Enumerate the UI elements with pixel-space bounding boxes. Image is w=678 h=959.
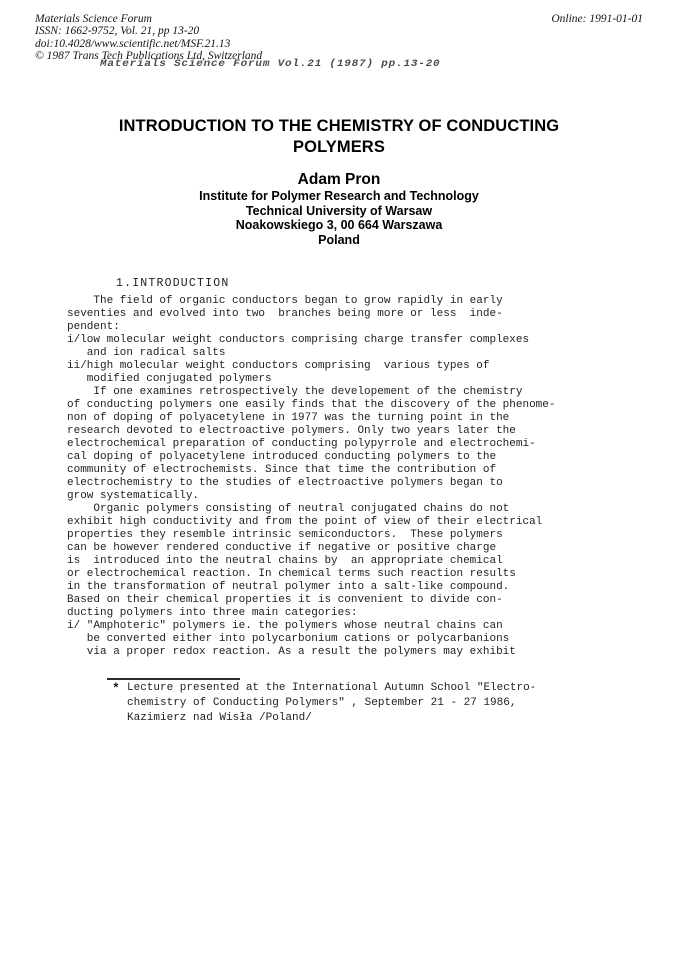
body-text-line: cal doping of polyacetylene introduced c… bbox=[67, 451, 555, 464]
journal-title: Materials Science Forum bbox=[35, 13, 262, 25]
footnote-divider bbox=[107, 678, 240, 680]
body-text-line: be converted either into polycarbonium c… bbox=[67, 633, 555, 646]
journal-metadata-block: Materials Science Forum ISSN: 1662-9752,… bbox=[35, 13, 262, 63]
body-text-line: community of electrochemists. Since that… bbox=[67, 464, 555, 477]
body-text-line: in the transformation of neutral polymer… bbox=[67, 581, 555, 594]
footnote-text-line: Kazimierz nad Wisła /Poland/ bbox=[127, 711, 536, 726]
body-text-line: electrochemistry to the studies of elect… bbox=[67, 477, 555, 490]
footnote-text-line: chemistry of Conducting Polymers" , Sept… bbox=[127, 696, 536, 711]
body-text-line: of conducting polymers one easily finds … bbox=[67, 399, 555, 412]
body-text-line: The field of organic conductors began to… bbox=[67, 295, 555, 308]
body-text-line: seventies and evolved into two branches … bbox=[67, 308, 555, 321]
body-text-line: exhibit high conductivity and from the p… bbox=[67, 516, 555, 529]
body-text-line: Organic polymers consisting of neutral c… bbox=[67, 503, 555, 516]
body-text-line: and ion radical salts bbox=[67, 347, 555, 360]
body-text-line: research devoted to electroactive polyme… bbox=[67, 425, 555, 438]
document-page: Materials Science Forum ISSN: 1662-9752,… bbox=[0, 0, 678, 959]
affiliation-line: Noakowskiego 3, 00 664 Warszawa bbox=[3, 218, 675, 233]
footnote-text-line: Lecture presented at the International A… bbox=[127, 681, 536, 696]
body-text-line: non of doping of polyacetylene in 1977 w… bbox=[67, 412, 555, 425]
body-text-line: is introduced into the neutral chains by… bbox=[67, 555, 555, 568]
body-text-line: ii/high molecular weight conductors comp… bbox=[67, 360, 555, 373]
footnote-asterisk: * bbox=[112, 681, 120, 696]
online-date: Online: 1991-01-01 bbox=[551, 13, 643, 25]
body-text-line: i/ "Amphoteric" polymers ie. the polymer… bbox=[67, 620, 555, 633]
body-text-line: or electrochemical reaction. In chemical… bbox=[67, 568, 555, 581]
journal-doi-line: doi:10.4028/www.scientific.net/MSF.21.13 bbox=[35, 38, 262, 50]
affiliation-line: Technical University of Warsaw bbox=[3, 204, 675, 219]
body-text-line: Based on their chemical properties it is… bbox=[67, 594, 555, 607]
body-text-line: via a proper redox reaction. As a result… bbox=[67, 646, 555, 659]
author-name: Adam Pron bbox=[3, 171, 675, 189]
journal-issn-line: ISSN: 1662-9752, Vol. 21, pp 13-20 bbox=[35, 25, 262, 37]
affiliation-line: Institute for Polymer Research and Techn… bbox=[3, 189, 675, 204]
body-text-line: grow systematically. bbox=[67, 490, 555, 503]
body-text: The field of organic conductors began to… bbox=[67, 295, 555, 659]
scanned-running-head: Materials Science Forum Vol.21 (1987) pp… bbox=[100, 58, 440, 69]
footnote-text: Lecture presented at the International A… bbox=[127, 681, 536, 727]
body-text-line: If one examines retrospectively the deve… bbox=[67, 386, 555, 399]
body-text-line: i/low molecular weight conductors compri… bbox=[67, 334, 555, 347]
paper-title: INTRODUCTION TO THE CHEMISTRY OF CONDUCT… bbox=[3, 116, 675, 157]
body-text-line: ducting polymers into three main categor… bbox=[67, 607, 555, 620]
body-text-line: electrochemical preparation of conductin… bbox=[67, 438, 555, 451]
affiliation-block: Institute for Polymer Research and Techn… bbox=[3, 189, 675, 247]
section-heading: 1.INTRODUCTION bbox=[116, 277, 229, 290]
body-text-line: modified conjugated polymers bbox=[67, 373, 555, 386]
body-text-line: pendent: bbox=[67, 321, 555, 334]
body-text-line: can be however rendered conductive if ne… bbox=[67, 542, 555, 555]
affiliation-line: Poland bbox=[3, 233, 675, 248]
body-text-line: properties they resemble intrinsic semic… bbox=[67, 529, 555, 542]
